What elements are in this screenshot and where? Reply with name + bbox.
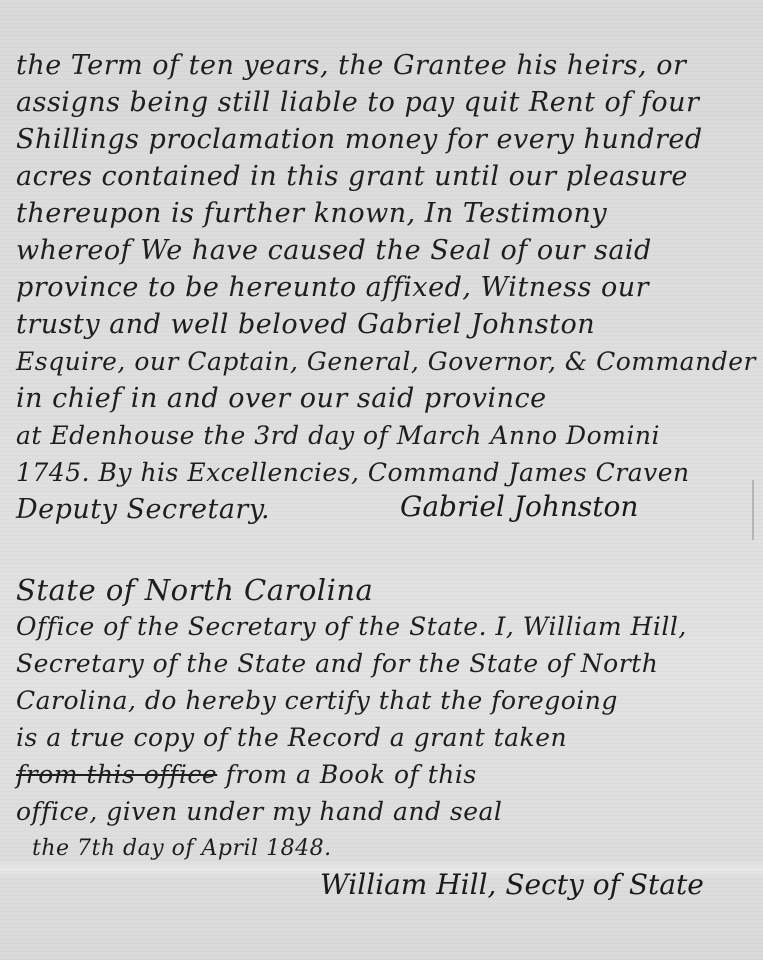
certification-line-7: the 7th day of April 1848.	[32, 831, 332, 867]
grant-line-10: in chief in and over our said province	[16, 381, 547, 417]
grant-line-4: acres contained in this grant until our …	[16, 159, 688, 195]
grant-line-3: Shillings proclamation money for every h…	[16, 122, 703, 158]
grant-line-11: at Edenhouse the 3rd day of March Anno D…	[16, 418, 660, 454]
certification-line-4: is a true copy of the Record a grant tak…	[16, 720, 567, 756]
document-page: the Term of ten years, the Grantee his h…	[0, 0, 763, 960]
certification-heading: State of North Carolina	[16, 572, 373, 608]
grant-line-8: trusty and well beloved Gabriel Johnston	[16, 307, 595, 343]
grant-line-1: the Term of ten years, the Grantee his h…	[16, 48, 686, 84]
certification-line-3: Carolina, do hereby certify that the for…	[16, 683, 618, 719]
certification-line-1: Office of the Secretary of the State. I,…	[16, 609, 687, 645]
grant-line-12: 1745. By his Excellencies, Command James…	[16, 455, 690, 491]
grant-line-13: Deputy Secretary.	[16, 492, 270, 528]
paper-edge-mark	[752, 480, 754, 540]
certification-line-6: office, given under my hand and seal	[16, 794, 502, 830]
grant-line-7: province to be hereunto affixed, Witness…	[16, 270, 649, 306]
grant-line-9: Esquire, our Captain, General, Governor,…	[16, 344, 756, 380]
certification-line-5: from this office from a Book of this	[16, 757, 477, 793]
secretary-signature: William Hill, Secty of State	[320, 868, 704, 901]
grant-line-6: whereof We have caused the Seal of our s…	[16, 233, 652, 269]
grant-line-5: thereupon is further known, In Testimony	[16, 196, 607, 232]
certification-line-5-text: from a Book of this	[226, 760, 477, 789]
grant-line-2: assigns being still liable to pay quit R…	[16, 85, 699, 121]
struck-text: from this office	[16, 760, 217, 789]
governor-signature: Gabriel Johnston	[400, 490, 638, 523]
certification-line-2: Secretary of the State and for the State…	[16, 646, 658, 682]
